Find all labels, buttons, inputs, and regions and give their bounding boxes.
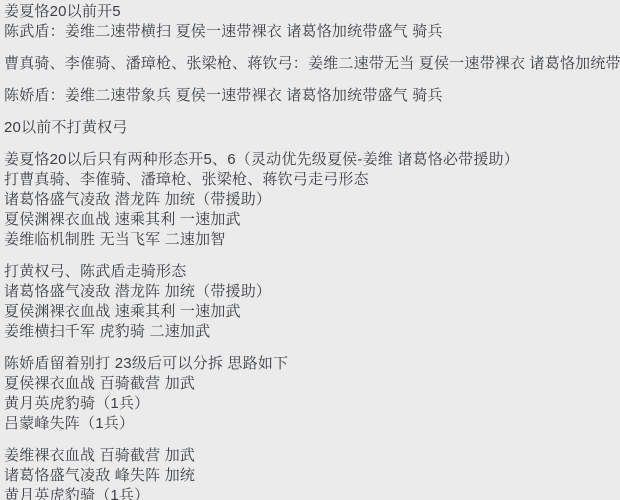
text-line: 打黄权弓、陈武盾走骑形态 bbox=[4, 262, 616, 282]
text-line: 黄月英虎豹骑（1兵） bbox=[4, 486, 616, 500]
strategy-notes-document: 姜夏恪20以前开5陈武盾：姜维二速带横扫 夏侯一速带裸衣 诸葛恪加统带盛气 骑兵… bbox=[0, 0, 620, 500]
paragraph: 陈娇盾留着别打 23级后可以分拆 思路如下夏侯裸衣血战 百骑截营 加武黄月英虎豹… bbox=[4, 354, 616, 434]
text-line: 陈娇盾留着别打 23级后可以分拆 思路如下 bbox=[4, 354, 616, 374]
text-line: 夏侯裸衣血战 百骑截营 加武 bbox=[4, 374, 616, 394]
paragraph: 陈娇盾：姜维二速带象兵 夏侯一速带裸衣 诸葛恪加统带盛气 骑兵 bbox=[4, 86, 616, 106]
text-line: 陈娇盾：姜维二速带象兵 夏侯一速带裸衣 诸葛恪加统带盛气 骑兵 bbox=[4, 86, 616, 106]
text-line: 姜维裸衣血战 百骑截营 加武 bbox=[4, 446, 616, 466]
paragraph: 姜夏恪20以后只有两种形态开5、6（灵动优先级夏侯-姜维 诸葛恪必带援助）打曹真… bbox=[4, 150, 616, 250]
text-line: 打曹真骑、李傕骑、潘璋枪、张梁枪、蒋钦弓走弓形态 bbox=[4, 170, 616, 190]
text-line: 夏侯渊裸衣血战 速乘其利 一速加武 bbox=[4, 302, 616, 322]
text-line: 黄月英虎豹骑（1兵） bbox=[4, 394, 616, 414]
text-line: 姜夏恪20以后只有两种形态开5、6（灵动优先级夏侯-姜维 诸葛恪必带援助） bbox=[4, 150, 616, 170]
text-line: 夏侯渊裸衣血战 速乘其利 一速加武 bbox=[4, 210, 616, 230]
text-line: 诸葛恪盛气凌敌 潜龙阵 加统（带援助） bbox=[4, 190, 616, 210]
text-line: 陈武盾：姜维二速带横扫 夏侯一速带裸衣 诸葛恪加统带盛气 骑兵 bbox=[4, 22, 616, 42]
text-line: 20以前不打黄权弓 bbox=[4, 118, 616, 138]
text-line: 姜夏恪20以前开5 bbox=[4, 2, 616, 22]
text-line: 吕蒙峰失阵（1兵） bbox=[4, 414, 616, 434]
text-line: 姜维横扫千军 虎豹骑 二速加武 bbox=[4, 322, 616, 342]
text-line: 诸葛恪盛气凌敌 潜龙阵 加统（带援助） bbox=[4, 282, 616, 302]
paragraph: 曹真骑、李傕骑、潘璋枪、张梁枪、蒋钦弓：姜维二速带无当 夏侯一速带裸衣 诸葛恪加… bbox=[4, 54, 616, 74]
paragraph: 姜维裸衣血战 百骑截营 加武诸葛恪盛气凌敌 峰失阵 加统黄月英虎豹骑（1兵） bbox=[4, 446, 616, 500]
paragraph: 20以前不打黄权弓 bbox=[4, 118, 616, 138]
text-line: 诸葛恪盛气凌敌 峰失阵 加统 bbox=[4, 466, 616, 486]
text-line: 姜维临机制胜 无当飞军 二速加智 bbox=[4, 230, 616, 250]
paragraph: 姜夏恪20以前开5陈武盾：姜维二速带横扫 夏侯一速带裸衣 诸葛恪加统带盛气 骑兵 bbox=[4, 2, 616, 42]
text-line: 曹真骑、李傕骑、潘璋枪、张梁枪、蒋钦弓：姜维二速带无当 夏侯一速带裸衣 诸葛恪加… bbox=[4, 54, 616, 74]
paragraph: 打黄权弓、陈武盾走骑形态诸葛恪盛气凌敌 潜龙阵 加统（带援助）夏侯渊裸衣血战 速… bbox=[4, 262, 616, 342]
